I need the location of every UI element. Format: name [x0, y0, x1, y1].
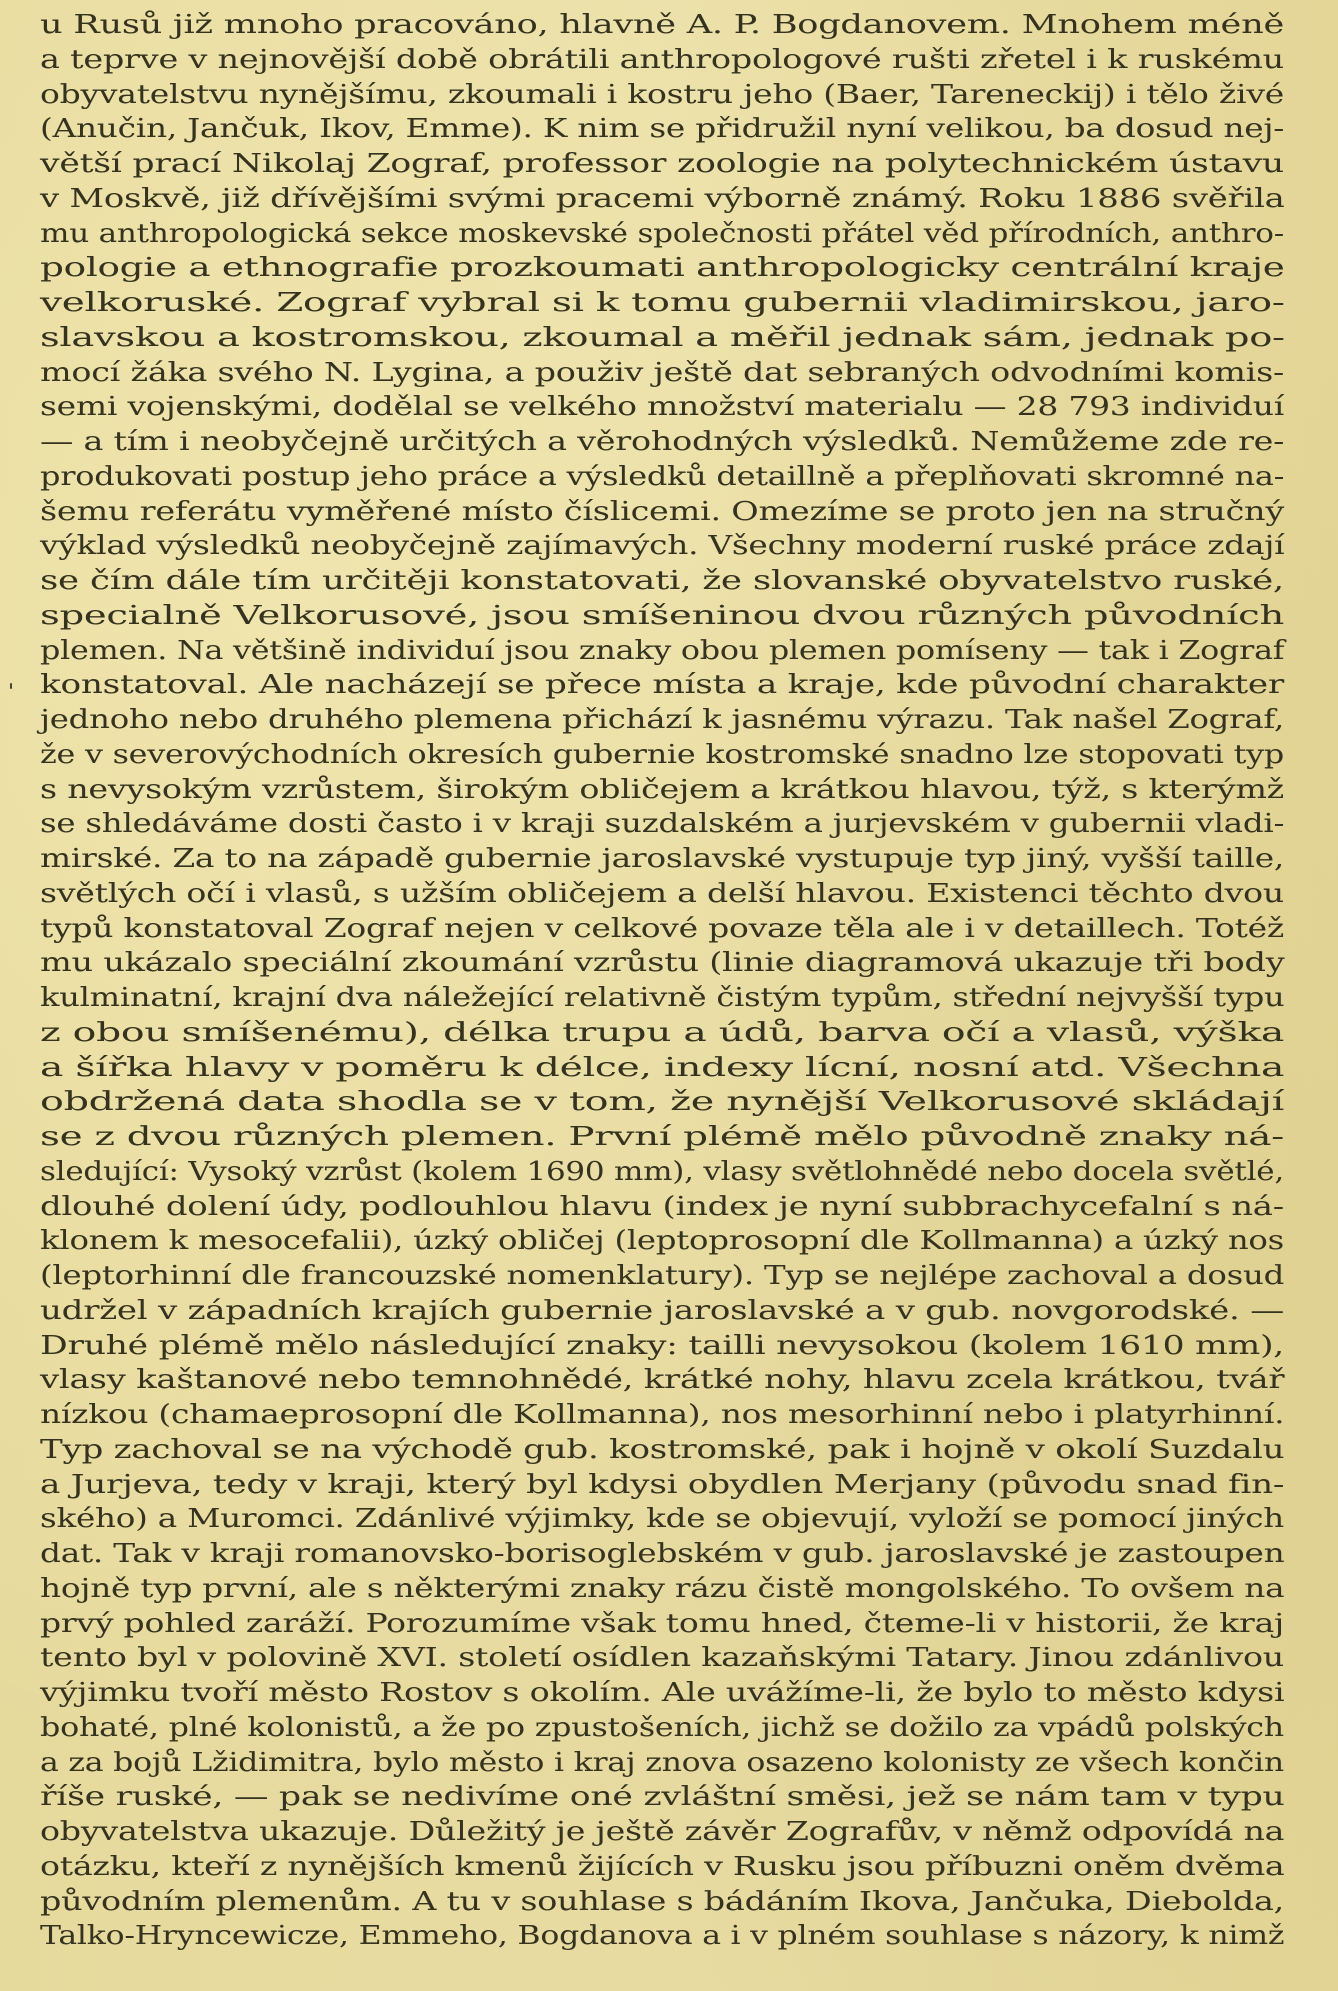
text-line: otázku, kteří z nynějších kmenů žijících…: [40, 1850, 1284, 1885]
text-line: konstatoval. Ale nacházejí se přece míst…: [40, 668, 1284, 703]
text-line: (leptorhinní dle francouzské nomenklatur…: [40, 1259, 1284, 1294]
text-line: Typ zachoval se na východě gub. kostroms…: [40, 1433, 1284, 1468]
text-line: že v severovýchodních okresích gubernie …: [40, 738, 1284, 773]
text-line: semi vojenskými, dodělal se velkého množ…: [40, 390, 1284, 425]
text-line: obdržená data shodla se v tom, že nynějš…: [40, 1085, 1284, 1120]
text-line: mocí žáka svého N. Lygina, a použiv ješt…: [40, 356, 1284, 391]
text-line: pologie a ethnografie prozkoumati anthro…: [40, 251, 1284, 286]
text-line: produkovati postup jeho práce a výsledků…: [40, 460, 1284, 495]
text-line: obyvatelstvu nynějšímu, zkoumali i kostr…: [40, 78, 1284, 113]
text-line: prvý pohled zaráží. Porozumíme však tomu…: [40, 1607, 1284, 1642]
scanned-document-page: u Rusů již mnoho pracováno, hlavně A. P.…: [40, 8, 1284, 1954]
body-text: u Rusů již mnoho pracováno, hlavně A. P.…: [40, 8, 1284, 1954]
text-line: udržel v západních krajích gubernie jaro…: [40, 1294, 1284, 1329]
text-line: vlasy kaštanové nebo temnohnědé, krátké …: [40, 1363, 1284, 1398]
text-line: ského) a Muromci. Zdánlivé výjimky, kde …: [40, 1502, 1284, 1537]
text-line: klonem k mesocefalii), úzký obličej (lep…: [40, 1224, 1284, 1259]
text-line: říše ruské, — pak se nedivíme oné zvlášt…: [40, 1780, 1284, 1815]
text-line: specialně Velkorusové, jsou smíšeninou d…: [40, 599, 1284, 634]
text-line: bohaté, plné kolonistů, a že po zpustoše…: [40, 1711, 1284, 1746]
text-line: výklad výsledků neobyčejně zajímavých. V…: [40, 529, 1284, 564]
text-line: se shledáváme dosti často i v kraji suzd…: [40, 807, 1284, 842]
text-line: typů konstatoval Zograf nejen v celkové …: [40, 912, 1284, 947]
text-line: mirské. Za to na západě gubernie jarosla…: [40, 842, 1284, 877]
text-line: Talko-Hryncewicze, Emmeho, Bogdanova a i…: [40, 1919, 1284, 1954]
text-line: slavskou a kostromskou, zkoumal a měřil …: [40, 321, 1284, 356]
text-line: (Anučin, Jančuk, Ikov, Emme). K nim se p…: [40, 112, 1284, 147]
text-line: původním plemenům. A tu v souhlase s bád…: [40, 1885, 1284, 1920]
text-line: a šířka hlavy v poměru k délce, indexy l…: [40, 1051, 1284, 1086]
text-line: se čím dále tím určitěji konstatovati, ž…: [40, 564, 1284, 599]
text-line: z obou smíšenému), délka trupu a údů, ba…: [40, 1016, 1284, 1051]
text-line: s nevysokým vzrůstem, širokým obličejem …: [40, 773, 1284, 808]
text-line: u Rusů již mnoho pracováno, hlavně A. P.…: [40, 8, 1284, 43]
text-line: hojně typ první, ale s některými znaky r…: [40, 1572, 1284, 1607]
text-line: mu ukázalo speciální zkoumání vzrůstu (l…: [40, 946, 1284, 981]
text-line: a Jurjeva, tedy v kraji, který byl kdysi…: [40, 1468, 1284, 1503]
text-line: — a tím i neobyčejně určitých a věrohodn…: [40, 425, 1284, 460]
text-line: větší prací Nikolaj Zograf, professor zo…: [40, 147, 1284, 182]
text-line: velkoruské. Zograf vybral si k tomu gube…: [40, 286, 1284, 321]
print-speck: [10, 683, 12, 689]
text-line: jednoho nebo druhého plemena přichází k …: [40, 703, 1284, 738]
text-line: sledující: Vysoký vzrůst (kolem 1690 mm)…: [40, 1155, 1284, 1190]
text-line: tento byl v polovině XVI. století osídle…: [40, 1641, 1284, 1676]
text-line: mu anthropologická sekce moskevské spole…: [40, 217, 1284, 252]
text-line: výjimku tvoří město Rostov s okolím. Ale…: [40, 1676, 1284, 1711]
text-line: nízkou (chamaeprosopní dle Kollmanna), n…: [40, 1398, 1284, 1433]
text-line: dat. Tak v kraji romanovsko-borisoglebsk…: [40, 1537, 1284, 1572]
text-line: světlých očí i vlasů, s užším obličejem …: [40, 877, 1284, 912]
text-line: a za bojů Lžidimitra, bylo město i kraj …: [40, 1746, 1284, 1781]
text-line: a teprve v nejnovější době obrátili anth…: [40, 43, 1284, 78]
text-line: se z dvou různých plemen. První plémě mě…: [40, 1120, 1284, 1155]
text-line: kulminatní, krajní dva náležející relati…: [40, 981, 1284, 1016]
text-line: dlouhé dolení údy, podlouhlou hlavu (ind…: [40, 1190, 1284, 1225]
text-line: Druhé plémě mělo následující znaky: tail…: [40, 1329, 1284, 1364]
text-line: šemu referátu vyměřené místo číslicemi. …: [40, 495, 1284, 530]
text-line: obyvatelstva ukazuje. Důležitý je ještě …: [40, 1815, 1284, 1850]
text-line: plemen. Na většině individuí jsou znaky …: [40, 634, 1284, 669]
text-line: v Moskvě, již dřívějšími svými pracemi v…: [40, 182, 1284, 217]
